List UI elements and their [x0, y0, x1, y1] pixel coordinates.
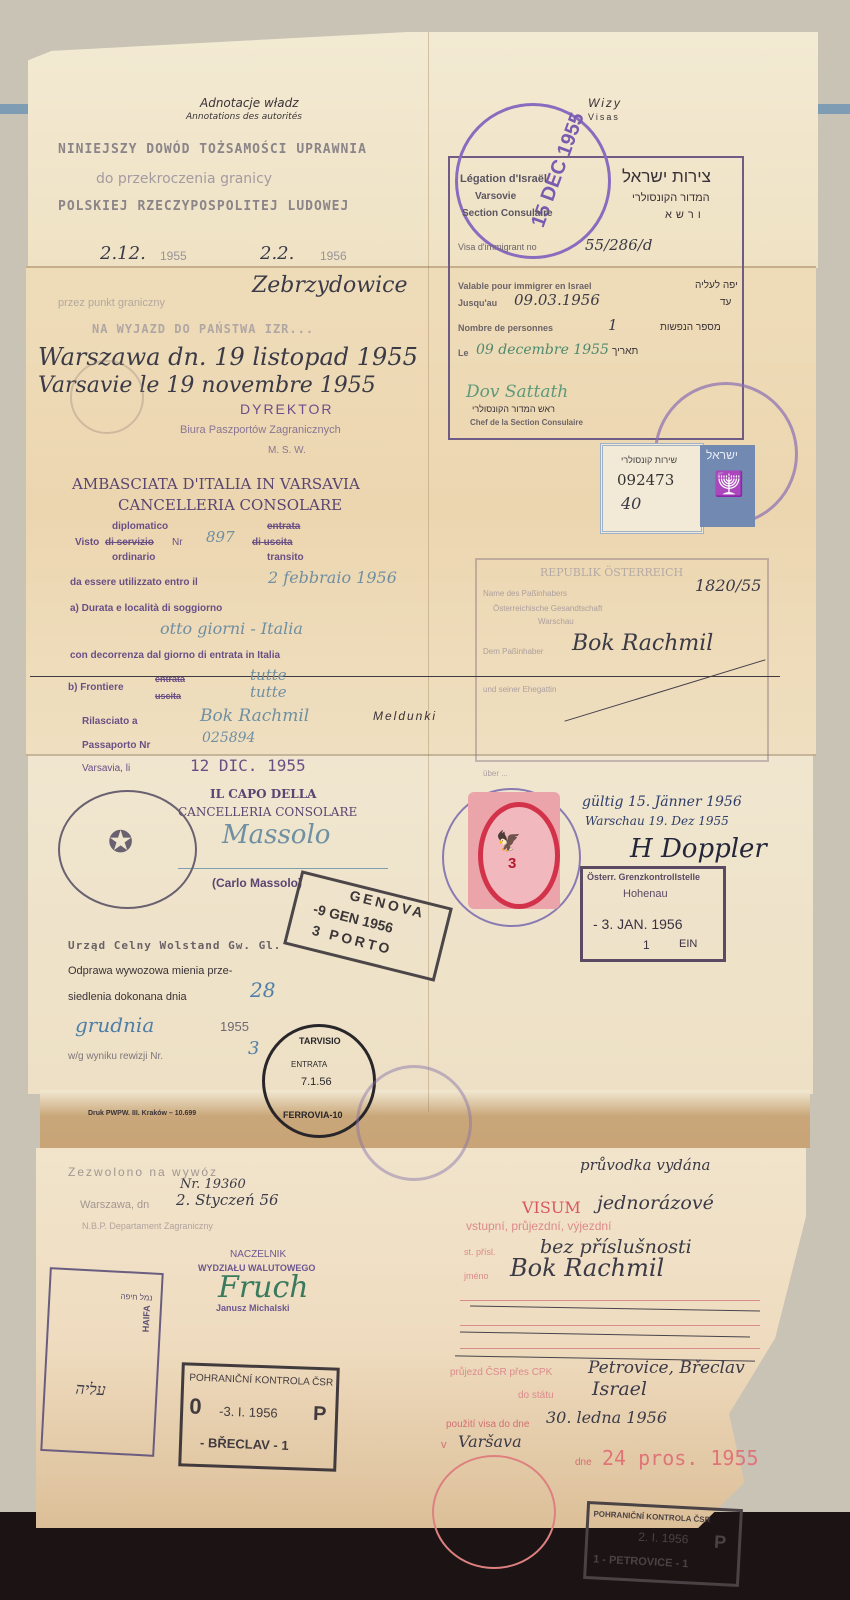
- border-out-value: tutte: [250, 685, 287, 700]
- austria-line5: über ...: [483, 770, 508, 778]
- border-point: Zebrzydowice: [252, 275, 407, 297]
- revenue-label-he: שירות קונסולרי: [621, 456, 677, 465]
- valid-he: יפה לעליה: [695, 281, 738, 291]
- revision-value: 3: [248, 1040, 259, 1058]
- haifa-port-stamp: HAIFA נמל חיפה עליה: [40, 1267, 163, 1457]
- hohenau-date: - 3. JAN. 1956: [593, 917, 683, 931]
- star-emblem-icon: ✪: [108, 828, 133, 858]
- faded-violet-round-stamp: [356, 1065, 472, 1181]
- tarvisio-top: TARVISIO: [299, 1037, 341, 1046]
- hohenau-line1: Österr. Grenzkontrollstelle: [587, 873, 700, 882]
- holder-label: Dem Paßinhaber: [483, 648, 543, 656]
- signature-line: [178, 868, 388, 869]
- valid-value: 30. ledna 1956: [546, 1410, 667, 1426]
- revision-label: w/g wyniku rewizji Nr.: [68, 1052, 163, 1062]
- ruled-divider: [30, 676, 780, 677]
- faded-round-stamp: [70, 360, 144, 434]
- place-value: Varšava: [458, 1434, 522, 1450]
- name-value: Bok Rachmil: [510, 1256, 664, 1280]
- breclav-stamp: POHRANIČNÍ KONTROLA ČSR 0 -3. I. 1956 P …: [178, 1362, 340, 1471]
- czech-visa-types: vstupní, průjezdní, výjezdní: [466, 1220, 611, 1232]
- until-he: עד: [720, 298, 731, 308]
- border-point-label: przez punkt graniczny: [58, 298, 165, 309]
- crossing-label: průjezd ČSR přes CPK: [450, 1368, 552, 1378]
- visa-type-service: di servizio: [105, 538, 154, 548]
- destination-line: NA WYJAZD DO PAŃSTWA IZR...: [92, 323, 314, 335]
- permit-date: 2. Styczeń 56: [176, 1193, 279, 1208]
- chief-he: ראש המדור הקונסולרי: [472, 405, 555, 414]
- customs-office: Urząd Celny Wolstand Gw. Gl.: [68, 940, 281, 951]
- haifa-hand-he: עליה: [75, 1381, 106, 1399]
- border-label: b) Frontiere: [68, 683, 124, 693]
- austria-line1: Name des Paßinhabers: [483, 590, 567, 598]
- holder-name: Bok Rachmil: [572, 633, 713, 655]
- tarvisio-center: ENTRATA: [291, 1061, 327, 1069]
- direction-transit: transito: [267, 553, 304, 563]
- from-label: con decorrenza dal giorno di entrata in …: [70, 651, 280, 661]
- fee-value: 3: [508, 856, 516, 871]
- hohenau-code: 1: [643, 939, 650, 951]
- until-value: 09.03.1956: [514, 293, 600, 308]
- petrovice-date: 2. I. 1956: [638, 1531, 689, 1546]
- valid-label: Valable pour immigrer en Israel: [458, 282, 592, 291]
- border-in-label: entrata: [155, 675, 185, 684]
- persons-he: מספר הנפשות: [660, 323, 721, 333]
- date-value: 09 decembre 1955: [476, 343, 609, 357]
- revenue-number: 092473: [617, 473, 674, 488]
- border-in-value: tutte: [250, 668, 287, 683]
- permit-name: Janusz Michalski: [216, 1304, 290, 1313]
- austria-line4: und seiner Ehegattin: [483, 686, 556, 694]
- petrovice-stamp: POHRANIČNÍ KONTROLA ČSR 2. I. 1956 P 1 -…: [583, 1501, 743, 1587]
- date-label: Le: [458, 349, 469, 358]
- section-fr: Section Consulaire: [462, 209, 553, 219]
- use-by-value: 2 febbraio 1956: [268, 570, 397, 586]
- eagle-emblem-icon: 🦅: [496, 832, 521, 852]
- passport-office: Biura Paszportów Zagranicznych: [180, 425, 341, 436]
- date-label: dne: [575, 1458, 592, 1468]
- section-he: המדור הקונסולרי: [632, 193, 710, 204]
- austria-fee-stamp: 3 🦅: [468, 792, 560, 909]
- breclav-header: POHRANIČNÍ KONTROLA ČSR: [189, 1374, 333, 1389]
- visa-type-diplomatic: diplomatico: [112, 522, 168, 532]
- italian-header2: CANCELLERIA CONSOLARE: [118, 498, 342, 513]
- date-value: 24 pros. 1955: [602, 1448, 759, 1468]
- tarvisio-date: 7.1.56: [301, 1077, 332, 1088]
- visa-label: Visto: [75, 538, 99, 548]
- tape-note: průvodka vydána: [580, 1158, 710, 1173]
- chief-line1: IL CAPO DELLA: [210, 788, 316, 800]
- italian-consulate-round-stamp: ✪: [58, 790, 197, 909]
- permit-number: Nr. 19360: [180, 1178, 246, 1191]
- country-value: Israel: [592, 1380, 647, 1399]
- year-to: 1956: [320, 250, 347, 262]
- hohenau-line2: Hohenau: [623, 889, 668, 900]
- permit-place: Warszawa, dn: [80, 1200, 149, 1211]
- legation-fr: Légation d'Israël: [460, 174, 547, 185]
- visa-label: Visa d'immigrant no: [458, 243, 537, 252]
- petrovice-header: POHRANIČNÍ KONTROLA ČSR: [593, 1510, 710, 1524]
- visa-number: 897: [206, 530, 235, 545]
- permit-signature: Fruch: [218, 1273, 309, 1303]
- breclav-place: - BŘECLAV - 1: [200, 1436, 289, 1452]
- revenue-value: 40: [621, 496, 641, 512]
- passport-value: 025894: [202, 731, 255, 745]
- polish-stamp-line3: POLSKIEJ RZECZYPOSPOLITEJ LUDOWEJ: [58, 200, 349, 213]
- place-label: Varsavia, li: [82, 764, 130, 774]
- israel-menorah-stamp: ישראל 🕎: [700, 445, 755, 527]
- breclav-date: -3. I. 1956: [219, 1405, 278, 1420]
- meldunki-label: Meldunki: [373, 710, 437, 722]
- customs-line2: siedlenia dokonana dnia: [68, 992, 187, 1003]
- until-label: Jusqu'au: [458, 299, 497, 308]
- director-title: DYREKTOR: [240, 402, 334, 416]
- form-line: [460, 1348, 760, 1349]
- header-right-subtitle: Visas: [588, 113, 620, 122]
- fee-stamp-oval: [478, 802, 560, 909]
- validity-to: 2.2.: [260, 245, 294, 263]
- header-left-title: Adnotacje władz: [200, 97, 299, 109]
- duration-value: otto giorni - Italia: [160, 621, 303, 637]
- chief-signature: Massolo: [222, 822, 330, 848]
- austria-line3: Warschau: [538, 618, 574, 626]
- persons-label: Nombre de personnes: [458, 324, 553, 333]
- customs-year: 1955: [220, 1020, 249, 1033]
- header-right-title: Wizy: [588, 97, 622, 109]
- austria-reference: 1820/55: [695, 578, 761, 594]
- issue-date: 12 DIC. 1955: [190, 758, 306, 774]
- visa-type-ordinary: ordinario: [112, 553, 155, 563]
- haifa-note-he: נמל חיפה: [120, 1293, 152, 1303]
- duration-label: a) Durata e località di soggiorno: [70, 604, 222, 614]
- hohenau-stamp: Österr. Grenzkontrollstelle Hohenau - 3.…: [580, 866, 726, 962]
- czech-embassy-round-stamp: [432, 1455, 556, 1569]
- haifa-port: HAIFA: [142, 1305, 152, 1332]
- direction-exit: di uscita: [252, 538, 293, 548]
- heading-he: צירות ישראל: [622, 168, 711, 185]
- chief-fr: Chef de la Section Consulaire: [470, 419, 583, 427]
- tarvisio-bottom: FERROVIA-10: [283, 1111, 343, 1120]
- printer-imprint: Druk PWPW. III. Kraków – 10.699: [88, 1110, 196, 1117]
- form-line: [460, 1300, 760, 1301]
- austria-header: REPUBLIK ÖSTERREICH: [540, 567, 683, 578]
- direction-entry: entrata: [267, 522, 300, 532]
- stamp-country-he: ישראל: [706, 449, 738, 461]
- permit-head1: NACZELNIK: [230, 1250, 286, 1260]
- italian-header1: AMBASCIATA D'ITALIA IN VARSAVIA: [72, 477, 360, 492]
- nationality-label: st. přísl.: [464, 1248, 496, 1257]
- czech-visa-type: jednorázové: [597, 1194, 714, 1213]
- austria-place-hand: Warschau 19. Dez 1955: [585, 815, 729, 827]
- validity-from: 2.12.: [100, 245, 146, 263]
- hohenau-direction: EIN: [679, 939, 697, 950]
- breclav-code-right: P: [313, 1404, 327, 1424]
- polish-stamp-line1: NINIEJSZY DOWÓD TOŻSAMOŚCI UPRAWNIA: [58, 143, 367, 156]
- polish-stamp-line2: do przekroczenia granicy: [96, 172, 272, 186]
- country-label: do státu: [518, 1391, 554, 1401]
- crossing-value: Petrovice, Břeclav: [588, 1360, 745, 1377]
- petrovice-code: P: [714, 1533, 727, 1552]
- austria-line2: Österreichische Gesandtschaft: [493, 605, 602, 613]
- customs-day: 28: [250, 980, 275, 1000]
- form-line: [460, 1325, 760, 1326]
- austria-signature: H Doppler: [630, 836, 767, 862]
- name-label: jméno: [464, 1272, 489, 1281]
- date-he: תאריך: [612, 347, 638, 357]
- revenue-stamp-frame: שירות קונסולרי 092473 40: [600, 443, 704, 534]
- issued-to-label: Rilasciato a: [82, 717, 138, 727]
- permit-dept: N.B.P. Departament Zagraniczny: [82, 1222, 213, 1231]
- menorah-icon: 🕎: [714, 473, 744, 497]
- persons-value: 1: [608, 318, 618, 333]
- customs-month: grudnia: [75, 1015, 154, 1035]
- customs-line1: Odprawa wywozowa mienia prze-: [68, 966, 232, 977]
- visa-no-label: Nr: [172, 538, 183, 548]
- chief-line2: CANCELLERIA CONSOLARE: [178, 806, 357, 818]
- visa-number: 55/286/d: [585, 238, 652, 253]
- issued-to-value: Bok Rachmil: [200, 708, 309, 725]
- chief-name: (Carlo Massolo): [212, 877, 302, 889]
- austria-validity-hand: gültig 15. Jänner 1956: [582, 795, 742, 809]
- header-left-subtitle: Annotations des autorités: [186, 113, 302, 122]
- petrovice-place: 1 - PETROVICE - 1: [593, 1554, 689, 1570]
- consular-signature: Dov Sattath: [466, 384, 568, 401]
- year-from: 1955: [160, 250, 187, 262]
- breclav-code-left: 0: [189, 1396, 202, 1418]
- ministry: M. S. W.: [268, 446, 306, 456]
- czech-visa-title: VISUM: [522, 1200, 581, 1216]
- place-prefix: v: [441, 1440, 447, 1451]
- passport-label: Passaporto Nr: [82, 741, 150, 751]
- city-fr: Varsovie: [475, 192, 516, 202]
- border-out-label: uscita: [155, 692, 181, 701]
- city-he: ורשא: [665, 210, 705, 221]
- use-by-label: da essere utilizzato entro il: [70, 578, 198, 588]
- valid-label: použití visa do dne: [446, 1420, 529, 1430]
